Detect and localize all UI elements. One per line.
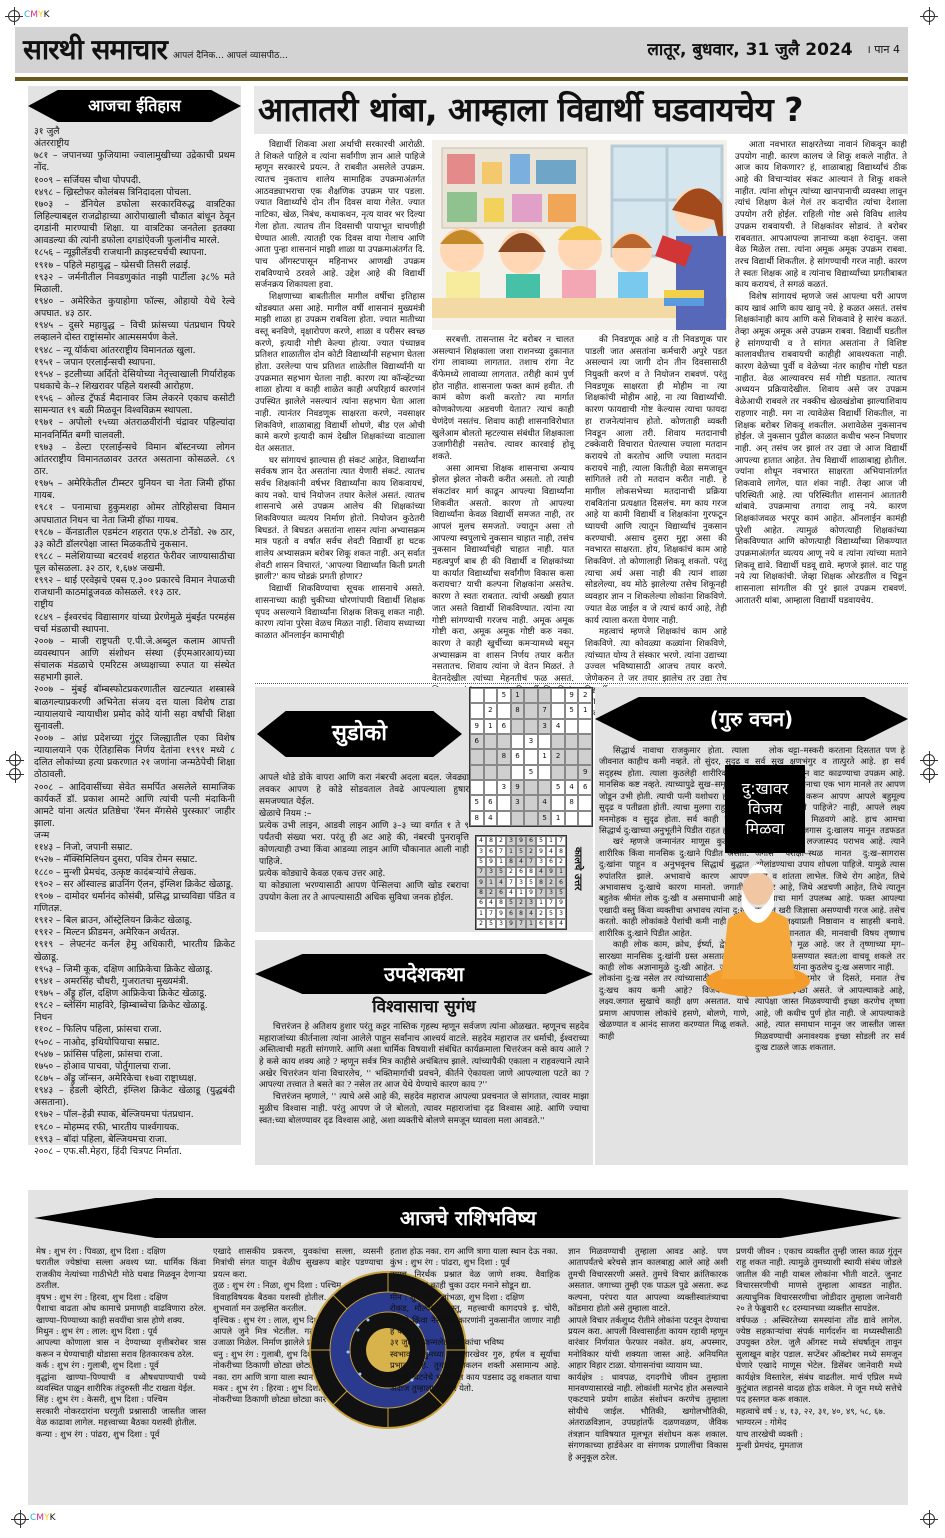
- history-entry: १९९२ – थाई एरवेझचे एबस ए.३०० प्रकारचे वि…: [34, 575, 235, 599]
- sudoku-cell: [524, 719, 538, 734]
- sudoku-cell: 6: [496, 888, 506, 898]
- sudoku-cell: [551, 703, 565, 718]
- birthday-paragraph: वर्षफळ : अस्थिरतेच्या समस्यांना तोंड द्य…: [736, 1315, 902, 1406]
- history-entry: १९५६ – ओल्ड ट्रॅफर्ड मैदानावर जिम लेकरने…: [34, 393, 235, 417]
- sudoku-cell: 6: [526, 836, 536, 846]
- sudoku-cell: 9: [511, 780, 525, 795]
- sudoku-cell: [497, 703, 511, 718]
- sudoku-cell: 1: [484, 719, 498, 734]
- history-entry: १५२७ – मॅक्सिमिलियन दुसरा, पवित्र रोमन स…: [34, 854, 235, 866]
- history-entry: २००८ – एफ.सी.मेहरा, हिंदी चित्रपट निर्मा…: [34, 1146, 235, 1158]
- sudoku-answer-grid: 4823965173671529485918473627352684919147…: [475, 835, 567, 930]
- sudoku-cell: 9: [546, 867, 556, 877]
- history-entry: १९०२ – सर ऑस्वाल्ड ब्राउनिंग ऍलन, इंग्लि…: [34, 879, 235, 891]
- classroom-illustration: [432, 140, 727, 330]
- sudoku-cell: 8: [565, 795, 579, 810]
- sudoku-cell: [524, 811, 538, 826]
- sudoku-cell: 3: [516, 877, 526, 887]
- sudoku-cell: 4: [565, 780, 579, 795]
- sudoku-cell: 5: [524, 765, 538, 780]
- sudoku-cell: [524, 688, 538, 703]
- sudoku-cell: 5: [486, 919, 496, 929]
- dateline: लातूर, बुधवार, 31 जुलै 2024: [647, 39, 852, 61]
- sudoku-cell: 7: [476, 867, 486, 877]
- sudoku-cell: 8: [526, 867, 536, 877]
- history-entry: २००८ – आदिवासींच्या सेवेत समर्पित असलेले…: [34, 782, 235, 831]
- sudoku-cell: 1: [506, 846, 516, 856]
- sudoku-cell: 3: [511, 795, 525, 810]
- history-entry: १९१७ – पहिले महायुद्ध – य्प्रेसची तिसरी …: [34, 260, 235, 272]
- sudoku-cell: 9: [536, 846, 546, 856]
- sudoku-cell: 8: [536, 877, 546, 887]
- history-entry: १९४५ – दुसरे महायुद्ध – विची फ्रांसच्या …: [34, 320, 235, 344]
- sudoku-cell: 9: [516, 836, 526, 846]
- sudoku-cell: [497, 811, 511, 826]
- sudoku-cell: [578, 719, 592, 734]
- updeshkatha-heading: उपदेशकथा: [255, 954, 593, 994]
- sudoku-cell: 6: [476, 898, 486, 908]
- sudoku-cell: 5: [565, 703, 579, 718]
- sudoku-cell: [565, 719, 579, 734]
- history-entry: १९८८ – मलेशियाच्या बटरवर्थ शहरात फेरीवर …: [34, 551, 235, 575]
- zodiac-prediction: वृद्धांना खाण्या–पिण्याची व औषधपाण्याची …: [36, 1372, 206, 1395]
- history-entry: १९७५ – अमेरिकेतील टीम्स्टर युनियन चा नेत…: [34, 478, 235, 502]
- sudoku-cell: 4: [486, 898, 496, 908]
- sudoku-cell: 1: [496, 857, 506, 867]
- sudoku-cell: 4: [556, 919, 566, 929]
- tagline: आपलं दैनिक... आपलं व्यासपीठ...: [173, 51, 288, 63]
- history-heading: आजचा ईतिहास: [28, 90, 241, 122]
- history-panel: आजचा ईतिहास ३१ जुलै अंतरराष्ट्रीय७८१ – ज…: [28, 86, 241, 1145]
- article-paragraph: विद्यार्थी शिकविण्याचा सूचक शासनाचे असते…: [255, 584, 425, 642]
- sudoku-cell: 7: [546, 898, 556, 908]
- sudoku-cell: 7: [506, 877, 516, 887]
- sudoku-cell: [578, 749, 592, 764]
- sudoku-cell: 3: [496, 919, 506, 929]
- sudoku-cell: [524, 703, 538, 718]
- sudoku-cell: 5: [506, 898, 516, 908]
- sudoku-cell: [551, 795, 565, 810]
- sudoku-cell: [578, 795, 592, 810]
- sudoku-cell: 8: [497, 749, 511, 764]
- birthday-paragraph: आपले विचार तर्कशुध्द रीतीने लोकांना पटवू…: [568, 1315, 728, 1372]
- horoscope-heading: आजचे राशिभविष्य: [34, 1198, 902, 1238]
- sudoku-cell: [524, 780, 538, 795]
- history-entry: १८४९ – ईश्वरचंद विद्यासागर यांच्या प्रेर…: [34, 612, 235, 636]
- history-entry: १००९ – सर्जियस चौथा पोपपदी.: [34, 175, 235, 187]
- sudoku-cell: [538, 734, 552, 749]
- history-entry: १९७१ – अपोलो १५च्या अंतराळवीरांनी चंद्रा…: [34, 417, 235, 441]
- sudoku-cell: 9: [470, 719, 484, 734]
- article-column-2: सरबत्ती. तासन्तास नेट बरोबर न चालत असल्य…: [432, 335, 574, 680]
- zodiac-sign-line: कर्क : शुभ रंग : गुलाबी, शुभ दिशा : पूर्…: [36, 1360, 206, 1371]
- sudoku-cell: 2: [551, 749, 565, 764]
- sudoku-cell: 4: [526, 908, 536, 918]
- sudoku-cell: [484, 734, 498, 749]
- history-entry: १९३२ – जर्मनीतील निवडणुकांत नाझी पार्टील…: [34, 272, 235, 296]
- history-section-title: जन्म: [34, 830, 235, 842]
- sudoku-cell: 2: [496, 836, 506, 846]
- sudoku-cell: [497, 734, 511, 749]
- history-entry: ११०८ – फिलिप पहिला, फ्रांसचा राजा.: [34, 1024, 235, 1036]
- sudoku-cell: 8: [511, 703, 525, 718]
- sudoku-cell: [497, 795, 511, 810]
- sudoku-cell: 5: [538, 811, 552, 826]
- history-entry: १९१९ – लेफ्टनंट कर्नल हेमु अधिकारी, भारत…: [34, 939, 235, 963]
- horoscope-column-5: प्रणयी जीवन : एकाच व्यक्तीत तुम्ही जास्त…: [736, 1246, 902, 1452]
- history-section-title: निधन: [34, 1012, 235, 1024]
- sudoku-cell: [565, 811, 579, 826]
- sudoku-cell: 3: [526, 898, 536, 908]
- zodiac-sign-line: मीन : शुभ रंग : जांभळा, शुभ दिशा : दक्षि…: [390, 1292, 560, 1303]
- article-paragraph: सरबत्ती. तासन्तास नेट बरोबर न चालत असल्य…: [432, 335, 574, 464]
- sudoku-cell: 5: [496, 867, 506, 877]
- sudoku-cell: [470, 780, 484, 795]
- history-entry: १९१२ – मिल्टन फ्रीडमन, अमेरिकन अर्थतज्ञ.: [34, 927, 235, 939]
- history-section-title: राष्ट्रीय: [34, 599, 235, 611]
- horoscope-column-3: हताश होऊ नका. राग आणि त्रागा याला स्थान …: [390, 1246, 560, 1394]
- answer-label: कालचे उत्तर: [571, 847, 584, 890]
- article-paragraph: विद्यार्थी शिकवा अशा अर्थाची सरकारची आरो…: [255, 140, 425, 292]
- newspaper-title: सारथी समाचार: [23, 32, 167, 69]
- sudoku-cell: 8: [496, 898, 506, 908]
- sudoku-cell: 2: [526, 846, 536, 856]
- sudoku-cell: [538, 765, 552, 780]
- history-entry: १९८० – मोहम्मद रफी, भारतीय पार्श्वगायक.: [34, 1122, 235, 1134]
- sudoku-cell: 9: [526, 888, 536, 898]
- sudoku-cell: 8: [506, 857, 516, 867]
- sudoku-cell: 4: [546, 846, 556, 856]
- birthday-paragraph: याच तारखेची व्यक्ती :: [736, 1429, 902, 1440]
- sudoku-cell: 9: [496, 908, 506, 918]
- sudoku-cell: 6: [516, 867, 526, 877]
- history-entry: १७५० – होआव पाचवा, पोर्तुगालचा राजा.: [34, 1061, 235, 1073]
- zodiac-sign-line: मिथुन : शुभ रंग : लाल: शुभ दिशा : पूर्व: [36, 1326, 206, 1337]
- zodiac-prediction: आपल्या कोणाला त्रास न देण्याच्या वृत्तीब…: [36, 1337, 206, 1360]
- zodiac-sign-line: मेष : शुभ रंग : पिवळा, शुभ दिशा : दक्षिण: [36, 1246, 206, 1257]
- sage-illustration: [703, 859, 813, 999]
- sudoku-cell: 7: [486, 908, 496, 918]
- sudoku-cell: 1: [526, 919, 536, 929]
- sudoku-cell: 8: [486, 836, 496, 846]
- sudoku-cell: 1: [551, 811, 565, 826]
- registration-mark-icon: [923, 768, 935, 780]
- sudoku-cell: 3: [556, 908, 566, 918]
- history-entry: १९८२ – ब्लेसिंग माहविरे, झिम्बाब्वेचा क्…: [34, 1000, 235, 1012]
- sudoku-cell: 4: [551, 719, 565, 734]
- sudoku-cell: 6: [470, 734, 484, 749]
- history-entry: १९७२ – पॉल–हेन्री स्पाक, बेल्जियमचा पंतप…: [34, 1109, 235, 1121]
- history-entry: १९०७ – दामोदर धर्मानंद कोसंबी, प्रसिद्ध …: [34, 891, 235, 915]
- registration-mark-icon: [8, 10, 20, 22]
- sudoku-puzzle-grid: 519228751916346386125939546563488451: [469, 687, 593, 827]
- birthday-paragraph: प्रणयी जीवन : एकाच व्यक्तीत तुम्ही जास्त…: [736, 1246, 902, 1315]
- zodiac-sign-line: सिंह : शुभ रंग : केसरी, शुभ दिशा : पश्चि…: [36, 1394, 206, 1405]
- sudoku-cell: [470, 688, 484, 703]
- sudoku-cell: 3: [536, 857, 546, 867]
- sudoku-cell: 1: [516, 888, 526, 898]
- zodiac-prediction: पैशाचा वाढता ओघ कामाचे प्रमाणही वाढविणार…: [36, 1303, 206, 1326]
- sudoku-cell: [470, 765, 484, 780]
- sudoku-cell: [511, 719, 525, 734]
- masthead-rule: [15, 77, 908, 81]
- sudoku-cell: 2: [556, 857, 566, 867]
- sudoku-cell: [551, 688, 565, 703]
- sudoku-cell: 3: [538, 719, 552, 734]
- zodiac-prediction: घरातील ज्येष्ठांचा सल्ला अवश्य घ्या. धार…: [36, 1257, 206, 1291]
- history-entry: १४९८ – ख्रिस्टोफर कोलंबस त्रिनिदादला पोच…: [34, 187, 235, 199]
- sudoku-cell: 9: [565, 688, 579, 703]
- history-entry: १५४७ – फ्रांसिस पहिला, फ्रांसचा राजा.: [34, 1049, 235, 1061]
- sudoku-cell: [484, 765, 498, 780]
- sudoku-cell: 5: [476, 857, 486, 867]
- sudoku-cell: [524, 749, 538, 764]
- sudoku-cell: 4: [476, 836, 486, 846]
- sudoku-cell: 4: [496, 877, 506, 887]
- sudoku-cell: [511, 734, 525, 749]
- sudoku-cell: 9: [486, 857, 496, 867]
- page-number: । पान 4: [867, 43, 900, 58]
- sudoku-cell: 5: [516, 846, 526, 856]
- history-entry: १९९३ – बॉदां पहिला, बेल्जियमचा राजा.: [34, 1134, 235, 1146]
- history-entry: १९७३ – डेल्टा एरलाईन्सचे विमान बॉस्टनच्य…: [34, 442, 235, 478]
- sudoku-cell: 9: [476, 877, 486, 887]
- sudoku-cell: 4: [538, 795, 552, 810]
- sudoku-instructions: आपले थोडे डोके वापरा आणि करा नंबरची अदला…: [259, 773, 469, 904]
- sudoku-cell: [551, 765, 565, 780]
- article-paragraph: घर सांगायचं झाल्यास ही संकटं आहेत, विद्य…: [255, 456, 425, 585]
- history-entry: १९८१ – पनामाचा हुकुमशहा ओमर तोरिहोसचा वि…: [34, 502, 235, 526]
- sudoku-cell: 4: [484, 811, 498, 826]
- sudoku-cell: 2: [486, 888, 496, 898]
- sudoku-cell: 3: [486, 867, 496, 877]
- sudoku-cell: 5: [546, 908, 556, 918]
- sudoku-cell: [470, 749, 484, 764]
- sudoku-cell: [484, 749, 498, 764]
- history-section-title: अंतरराष्ट्रीय: [34, 138, 235, 150]
- history-date: ३१ जुलै: [34, 126, 235, 138]
- sudoku-cell: [497, 765, 511, 780]
- birthday-paragraph: महत्वाचे वर्ष : ४, १३, २२, ३१, ४०, ४९, ५…: [736, 1406, 902, 1417]
- history-entry: १८५६ – न्यूझीलँडची राजधानी क्राइस्टचर्चच…: [34, 247, 235, 259]
- article-paragraph: शिक्षणाच्या बाबतीतील मागील वर्षीचा इतिहा…: [255, 292, 425, 456]
- sudoku-cell: [538, 688, 552, 703]
- sudoku-cell: 1: [538, 749, 552, 764]
- sudoku-cell: 1: [556, 867, 566, 877]
- history-entry: ७८१ – जपानच्या फुजियामा ज्वालामुखीच्या उ…: [34, 150, 235, 174]
- zodiac-sign-line: कुंभ : शुभ रंग : पांढरा, शुभ दिशा : पूर्…: [390, 1257, 560, 1268]
- sudoku-cell: 3: [524, 734, 538, 749]
- sudoku-cell: 3: [506, 836, 516, 846]
- sudoku-cell: 7: [536, 888, 546, 898]
- sudoku-cell: [484, 688, 498, 703]
- sudoku-cell: 1: [578, 703, 592, 718]
- horoscope-column-1: मेष : शुभ रंग : पिवळा, शुभ दिशा : दक्षिण…: [36, 1246, 206, 1440]
- history-entry: १९५१ – जपान एरलाईन्सची स्थापना.: [34, 357, 235, 369]
- sudoku-cell: 5: [536, 836, 546, 846]
- sudoku-cell: 3: [476, 846, 486, 856]
- sudoku-cell: 3: [497, 780, 511, 795]
- article-paragraph: विशेष सांगायचं म्हणजे जसं आपल्या घरी आपण…: [735, 292, 907, 608]
- sudoku-cell: 7: [516, 919, 526, 929]
- guru-vachan-panel: (गुरु वचन) सिद्धार्थ नावाचा राजकुमार होत…: [595, 687, 908, 1165]
- sudoku-cell: 8: [476, 888, 486, 898]
- sudoku-cell: 2: [476, 919, 486, 929]
- history-entry: १९७५ – अँड्रू हॉल, दक्षिण आफ्रिकेचा क्रि…: [34, 988, 235, 1000]
- sudoku-cell: [484, 780, 498, 795]
- zodiac-sign-line: वृषभ : शुभ रंग : हिरवा, शुभ दिशा : दक्षि…: [36, 1292, 206, 1303]
- zodiac-prediction: हताश होऊ नका. राग आणि त्रागा याला स्थान …: [390, 1246, 560, 1257]
- horoscope-column-4: ज्ञान मिळवण्याची तुम्हाला आवड आहे. पण आत…: [568, 1246, 728, 1463]
- sudoku-cell: 8: [556, 846, 566, 856]
- sudoku-cell: [565, 734, 579, 749]
- sudoku-cell: 6: [556, 877, 566, 887]
- sudoku-cell: 5: [551, 780, 565, 795]
- sudoku-cell: 3: [546, 888, 556, 898]
- history-entry: २००७ – आंध्र प्रदेशच्या गुंटूर जिल्ह्यात…: [34, 733, 235, 782]
- history-entry: १९४३ – हेडली व्हेरिटी, इंग्लिश क्रिकेट ख…: [34, 1085, 235, 1109]
- history-entry: १९५४ – इटलीच्या अर्दितो देसियोच्या नेतृत…: [34, 369, 235, 393]
- article-column-4: आता नवभारत साक्षरतेच्या नावानं शिकवून का…: [735, 140, 907, 680]
- sudoku-cell: 8: [516, 908, 526, 918]
- sudoku-cell: [565, 749, 579, 764]
- history-entry: २००७ – मुंबई बॉम्बस्फोटप्रकरणातील खटल्या…: [34, 684, 235, 733]
- sudoku-cell: [551, 734, 565, 749]
- history-entry: ११४३ – निजो, जपानी सम्राट.: [34, 842, 235, 854]
- sudoku-cell: 9: [556, 898, 566, 908]
- sudoku-cell: 5: [497, 688, 511, 703]
- registration-mark-icon: [923, 1513, 935, 1525]
- sudoku-cell: 7: [556, 836, 566, 846]
- sudoku-cell: 5: [556, 888, 566, 898]
- zodiac-prediction: रोकड, मौल्यवान वस्तू, महत्त्वाची कागदपत्…: [390, 1303, 560, 1337]
- sudoku-cell: 1: [486, 877, 496, 887]
- sudoku-cell: 5: [526, 877, 536, 887]
- sudoku-cell: 6: [511, 749, 525, 764]
- sudoku-cell: 6: [546, 857, 556, 867]
- sudoku-cell: 7: [538, 703, 552, 718]
- history-entry: १९४१ – अमरसिंह चौधरी, गुजरातचा मुख्यमंत्…: [34, 976, 235, 988]
- masthead: सारथी समाचार आपलं दैनिक... आपलं व्यासपीठ…: [15, 27, 908, 73]
- registration-mark-icon: [923, 10, 935, 22]
- history-entry: १८८० – मुन्शी प्रेमचंद, उत्कृष्ट कादंबऱ्…: [34, 867, 235, 879]
- sudoku-cell: [538, 780, 552, 795]
- zodiac-sign-line: कन्या : शुभ रंग : पांढरा, शुभ दिशा : पूर…: [36, 1429, 206, 1440]
- article-column-3: की निवडणूक आहे व ती निवडणूक पार पाडली जा…: [585, 335, 727, 680]
- sudoku-cell: 4: [516, 857, 526, 867]
- history-entry: १९४८ – न्यू यॉर्कचा आंतरराष्ट्रीय विमानत…: [34, 345, 235, 357]
- article-paragraph: आता नवभारत साक्षरतेच्या नावानं शिकवून का…: [735, 140, 907, 292]
- sudoku-cell: [578, 734, 592, 749]
- sudoku-cell: 2: [536, 908, 546, 918]
- registration-mark-icon: [9, 768, 21, 780]
- sudoku-cell: 6: [536, 919, 546, 929]
- sudoku-cell: 4: [536, 867, 546, 877]
- updeshkatha-panel: उपदेशकथा विश्वासाचा सुगंध चित्तरंजन हे अ…: [255, 940, 593, 1165]
- horoscope-panel: आजचे राशिभविष्य मेष : शुभ रंग : पिवळा, श…: [28, 1190, 908, 1505]
- sudoku-cell: 6: [486, 846, 496, 856]
- sudoku-cell: 8: [470, 811, 484, 826]
- sudoku-cell: 2: [506, 867, 516, 877]
- sudoku-cell: 6: [484, 795, 498, 810]
- article-column-1: विद्यार्थी शिकवा अशा अर्थाची सरकारची आरो…: [255, 140, 425, 680]
- cmyk-mark-top: CMYK: [8, 10, 49, 22]
- birthday-paragraph: मुन्शी प्रेमचंद, मुमताज: [736, 1440, 902, 1451]
- sudoku-cell: 2: [578, 688, 592, 703]
- story-body: चित्तरंजन हे अतिशय हुशार परंतु कट्टर नास…: [259, 1022, 589, 1127]
- sudoku-cell: 6: [497, 719, 511, 734]
- story-title: विश्वासाचा सुगंध: [255, 996, 593, 1018]
- history-entry: १५०८ – नाओद, इथियोपियाचा सम्राट.: [34, 1037, 235, 1049]
- sudoku-cell: 6: [578, 780, 592, 795]
- sudoku-cell: [524, 795, 538, 810]
- sudoku-cell: 2: [484, 703, 498, 718]
- history-entry: १८७५ – अँड्रु जॉन्सन, अमेरिकेचा १७वा राष…: [34, 1073, 235, 1085]
- zodiac-prediction: सरकारी नोकरदारांना घरगुती प्रश्नासाठी जा…: [36, 1406, 206, 1429]
- sudoku-cell: 7: [526, 857, 536, 867]
- article-paragraph: की निवडणूक आहे व ती निवडणूक पार पाडली जा…: [585, 335, 727, 627]
- zodiac-sign-line: ३१ जुलैला जन्मलेल्या लोकांचा भविष्य: [390, 1337, 560, 1348]
- sudoku-cell: 1: [476, 908, 486, 918]
- sudoku-cell: [565, 765, 579, 780]
- sudoku-cell: 6: [506, 908, 516, 918]
- sudoku-cell: 8: [546, 919, 556, 929]
- registration-mark-icon: [14, 1513, 26, 1525]
- lead-headline: आतातरी थांबा, आम्हाला विद्यार्थी घडवायचे…: [254, 86, 908, 134]
- sudoku-cell: [511, 765, 525, 780]
- birthday-paragraph: ज्ञान मिळवण्याची तुम्हाला आवड आहे. पण आत…: [568, 1246, 728, 1315]
- history-entry: १७०३ – डॅनियेल डफोला सरकारविरुद्ध वात्रट…: [34, 199, 235, 248]
- sudoku-cell: 7: [496, 846, 506, 856]
- history-entry: १९१२ – बिल ब्राउन, ऑस्ट्रेलियन क्रिकेट ख…: [34, 915, 235, 927]
- sudoku-cell: 1: [536, 898, 546, 908]
- sudoku-cell: 9: [578, 765, 592, 780]
- sudoku-cell: 2: [546, 877, 556, 887]
- sudoku-cell: 2: [516, 898, 526, 908]
- birthday-paragraph: कार्यक्षेत्र : धावपळ, दगदगीचे जीवन तुम्ह…: [568, 1372, 728, 1463]
- divider: [255, 683, 908, 684]
- zodiac-prediction: उगाच निरर्थक प्रश्नात वेळ जाणे शक्य. वैव…: [390, 1269, 560, 1292]
- sudoku-cell: [470, 703, 484, 718]
- birthday-paragraph: भाग्यरत्न : गोमेद: [736, 1417, 902, 1428]
- sudoku-cell: 1: [511, 688, 525, 703]
- cmyk-mark-bottom: CMYK: [14, 1513, 55, 1525]
- sudoku-cell: 5: [470, 795, 484, 810]
- sudoku-panel: सुडोको आपले थोडे डोके वापरा आणि करा नंबर…: [255, 687, 593, 932]
- history-entry: २००७ – माजी राष्ट्रपती ए.पी.जे.अब्दुल कल…: [34, 636, 235, 685]
- history-list: अंतरराष्ट्रीय७८१ – जपानच्या फुजियामा ज्व…: [34, 138, 235, 1158]
- sudoku-cell: [511, 811, 525, 826]
- history-entry: १९५३ – जिमी कूक, दक्षिण आफ्रिकेचा क्रिके…: [34, 964, 235, 976]
- sudoku-heading: सुडोको: [257, 711, 462, 757]
- sudoku-cell: 9: [506, 919, 516, 929]
- zodiac-prediction: स्वभाव : तुमच्या जन्मतारखेवर गुरु, हर्षल…: [390, 1349, 560, 1395]
- guru-vachan-heading: (गुरु वचन): [595, 697, 908, 741]
- sudoku-cell: 4: [506, 888, 516, 898]
- history-entry: १९८७ – कॅनडातील एडमंटन शहरात एफ.४ टोर्ने…: [34, 527, 235, 551]
- sudoku-cell: [578, 811, 592, 826]
- boxed-title: दु:खावर विजय मिळवा: [725, 765, 805, 853]
- sudoku-cell: 1: [546, 836, 556, 846]
- history-entry: १९४० – अमेरिकेत कुयाहोगा फॉल्स, ओहायो ये…: [34, 296, 235, 320]
